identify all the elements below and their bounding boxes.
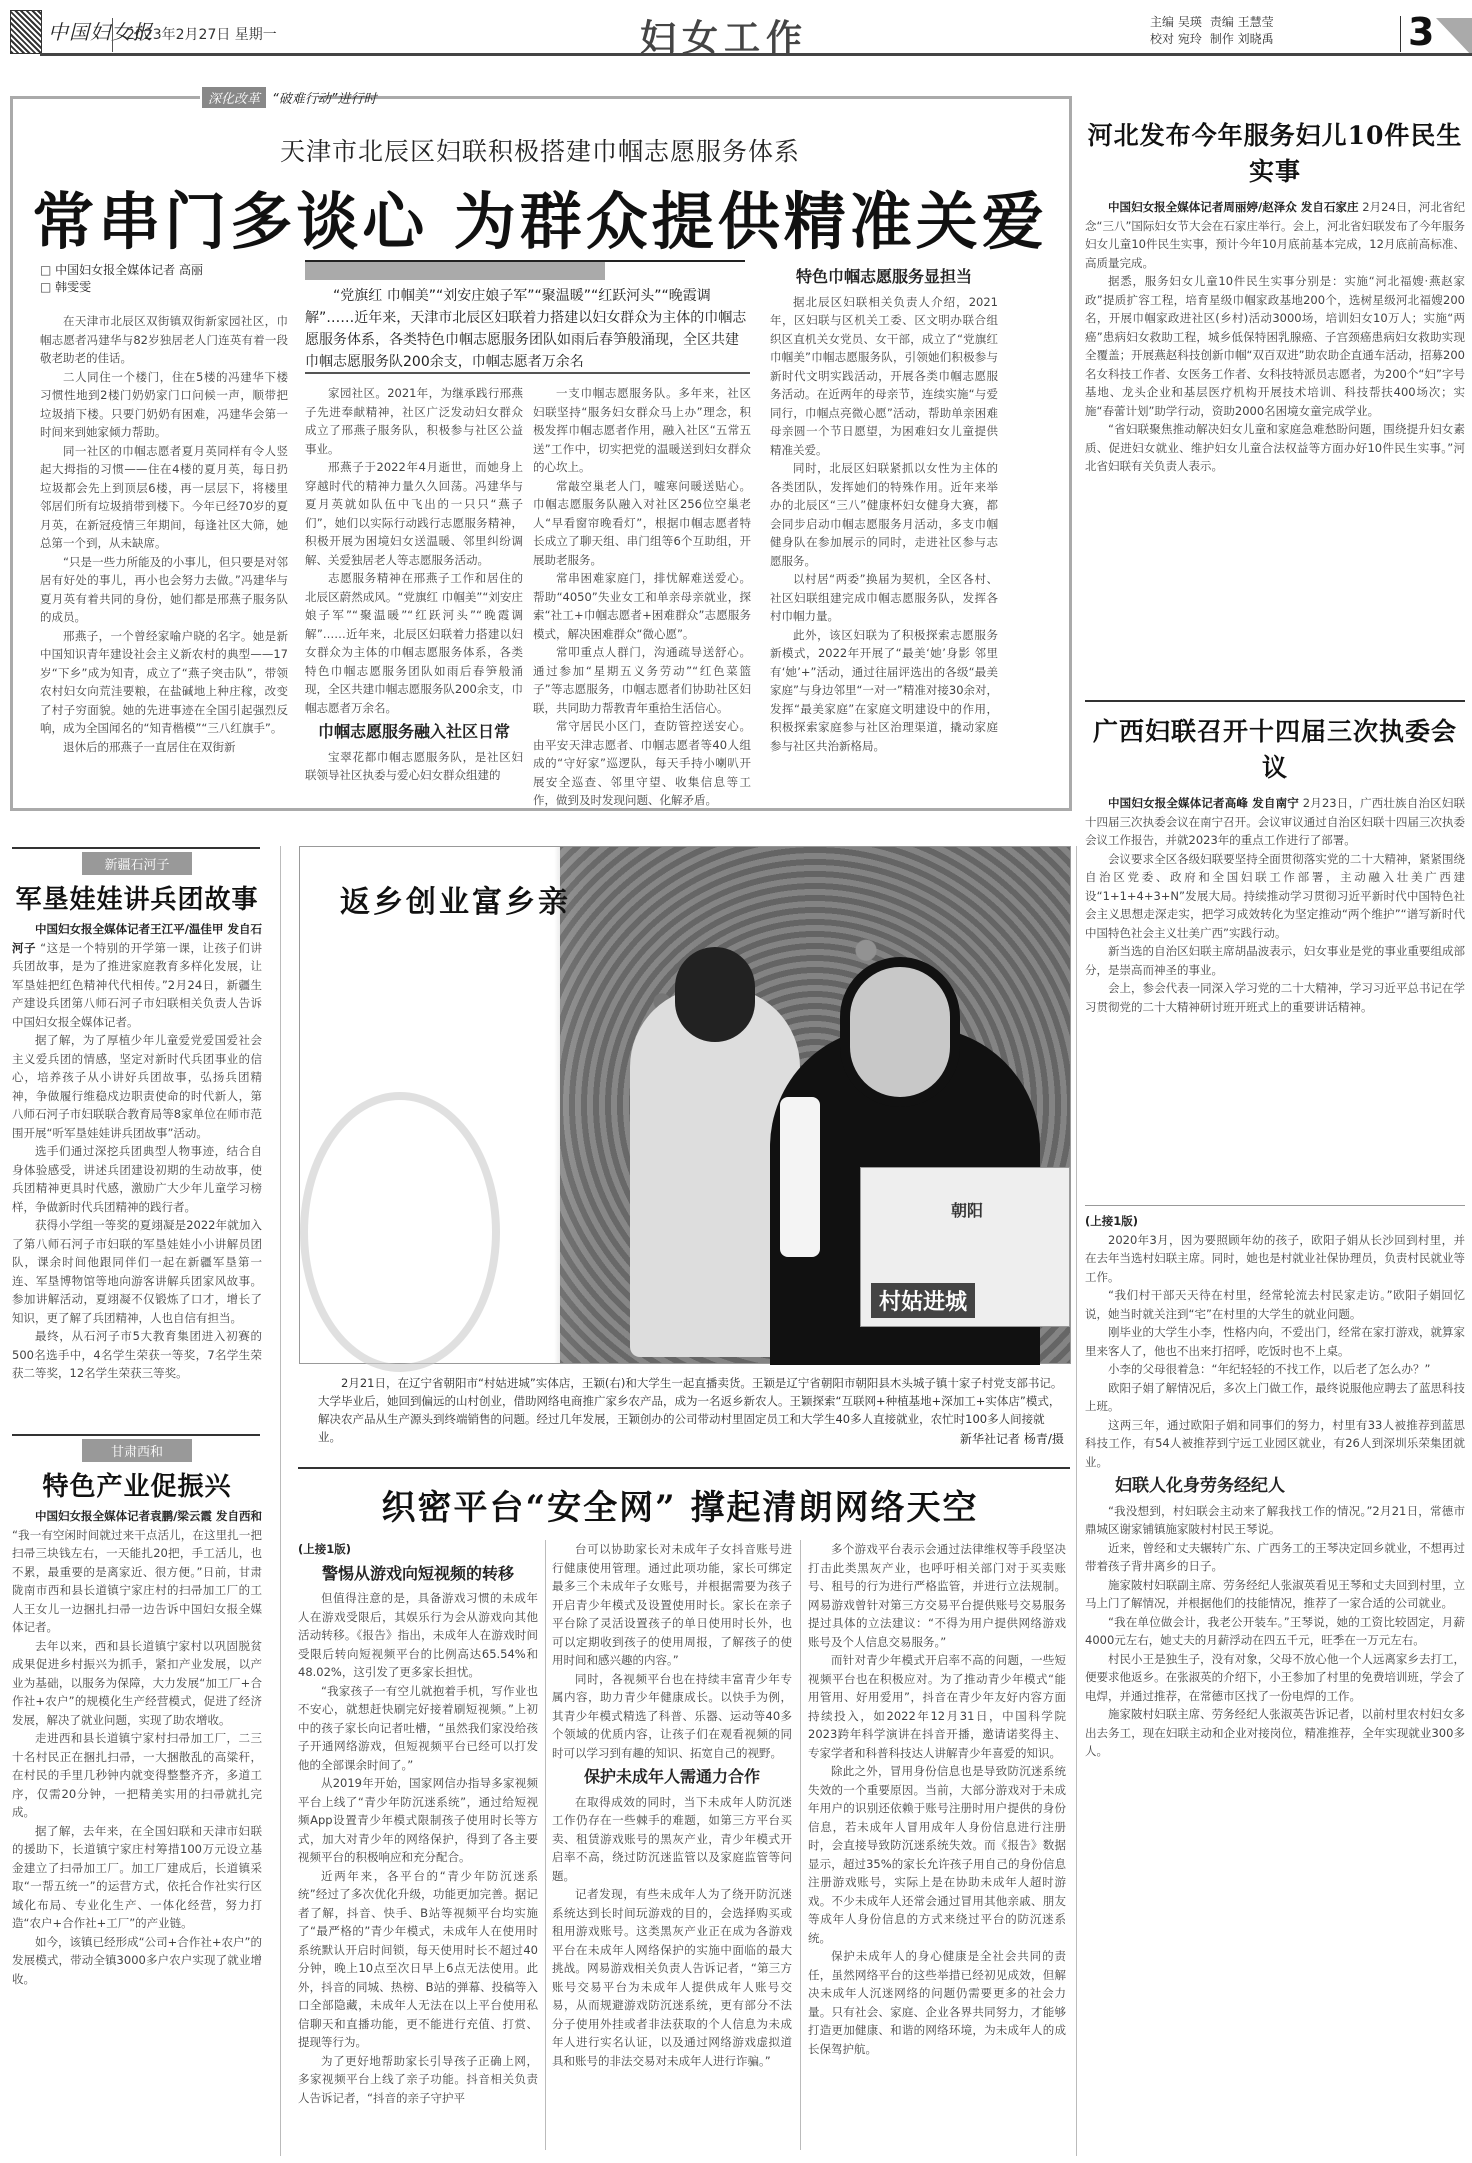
issue-date: 2023年2月27日 星期一: [126, 24, 277, 44]
paragraph: “我们村干部天天待在村里，经常轮流去村民家走访。”欧阳子娟回忆说，她当时就关注到…: [1085, 1286, 1465, 1323]
editor-credit: 校对 宛玲: [1150, 31, 1202, 48]
product-bottle: [780, 1097, 820, 1257]
paragraph: 近来，曾经和丈夫辗转广东、广西务工的王琴决定回乡就业，不想再过带着孩子背井离乡的…: [1085, 1539, 1465, 1576]
paragraph: 家园社区。2021年，为继承践行邢燕子先进奉献精神，社区广泛发动妇女群众成立了邢…: [305, 384, 523, 458]
editor-credit: 主编 吴瑛: [1150, 14, 1202, 31]
story-rule: [12, 847, 260, 849]
paragraph: 一支巾帼志愿服务队。多年来，社区妇联坚持“服务妇女群众马上办”理念，积极发挥巾帼…: [533, 384, 751, 477]
editor-credits: 主编 吴瑛责编 王慧莹 校对 宛玲制作 刘晓禹: [1150, 14, 1282, 48]
paragraph: 为了更好地帮助家长引导孩子正确上网，多家视频平台上线了亲子功能。抖音相关负责人告…: [298, 2052, 538, 2108]
continued-label: (上接1版): [1085, 1212, 1465, 1231]
paragraph: 同时，各视频平台也在持续丰富青少年专属内容，助力青少年健康成长。以快手为例，其青…: [552, 1670, 792, 1763]
paragraph: 会议要求全区各级妇联要坚持全面贯彻落实党的二十大精神，紧紧围绕自治区党委、政府和…: [1085, 850, 1465, 943]
person-left-head: [675, 947, 755, 1042]
xinjiang-story: 新疆石河子 军垦娃娃讲兵团故事 中国妇女报全媒体记者王江平/温佳甲 发自石河子 …: [12, 852, 262, 1383]
column-rule: [800, 1540, 801, 2150]
column-rule: [1076, 846, 1077, 2156]
paragraph: 最终，从石河子市5大教育集团进入初赛的500名选手中，4名学生荣获一等奖，7名学…: [12, 1327, 262, 1383]
paragraph: 这两三年，通过欧阳子娟和同事们的努力，村里有33人被推荐到蓝思科技工作，有54人…: [1085, 1416, 1465, 1472]
paragraph: 常叩重点人群门，沟通疏导送舒心。通过参加“星期五义务劳动”“红色菜篮子”等志愿服…: [533, 643, 751, 717]
qr-code-icon[interactable]: [10, 10, 42, 54]
paragraph: 中国妇女报全媒体记者周丽婷/赵泽众 发自石家庄 2月24日，河北省纪念“三八”国…: [1085, 198, 1465, 272]
shop-sign: 村姑进城: [871, 1283, 975, 1318]
editor-credit: 制作 刘晓禹: [1210, 31, 1274, 48]
paragraph: 此外，该区妇联为了积极探索志愿服务新模式，2022年开展了“最美‘她’身影 邻里…: [770, 626, 998, 756]
network-story-column-2: 台可以协助家长对未成年子女抖音账号进行健康使用管理。通过此项功能，家长可绑定最多…: [552, 1540, 792, 2070]
lead-story-subhead: 天津市北辰区妇联积极搭建巾帼志愿服务体系: [0, 132, 1080, 168]
paragraph: 走进西和县长道镇宁家村扫帚加工厂，二三十名村民正在捆扎扫帚，一大捆散乱的高粱秆，…: [12, 1729, 262, 1822]
lead-story-headline[interactable]: 常串门多谈心 为群众提供精准关爱: [0, 172, 1080, 261]
paragraph: 据北辰区妇联相关负责人介绍，2021年，区妇联与区机关工委、区文明办联合组织区直…: [770, 293, 998, 460]
location-tag: 甘肃西和: [82, 1439, 192, 1462]
lead-story-column-3: 一支巾帼志愿服务队。多年来，社区妇联坚持“服务妇女群众马上办”理念，积极发挥巾帼…: [533, 384, 751, 810]
column-rule: [545, 1540, 546, 2150]
section-subhead: 妇联人化身劳务经纪人: [1085, 1477, 1465, 1496]
section-subhead: 保护未成年人需通力合作: [552, 1768, 792, 1787]
paragraph: 保护未成年人的身心健康是全社会共同的责任，虽然网络平台的这些举措已经初见成效，但…: [808, 1947, 1066, 2058]
masthead-rule: [40, 53, 1472, 56]
paragraph: 在取得成效的同时，当下未成年人防沉迷工作仍存在一些棘手的难题，如第三方平台买卖、…: [552, 1793, 792, 1886]
story-body: 中国妇女报全媒体记者王江平/温佳甲 发自石河子 “这是一个特别的开学第一课，让孩…: [12, 920, 262, 1383]
photo-feature-image[interactable]: 朝阳 村姑进城 返乡创业富乡亲: [299, 846, 1071, 1364]
paragraph: “只是一些力所能及的小事儿，但只要是对邻居有好处的事儿，再小也会努力去做。”冯建…: [40, 553, 288, 627]
paragraph: 中国妇女报全媒体记者高峰 发自南宁 2月23日，广西壮族自治区妇联十四届三次执委…: [1085, 794, 1465, 850]
paragraph: “我没想到，村妇联会主动来了解我找工作的情况。”2月21日，常德市鼎城区谢家铺镇…: [1085, 1502, 1465, 1539]
paragraph: 从2019年开始，国家网信办指导多家视频平台上线了“青少年防沉迷系统”，通过给短…: [298, 1774, 538, 1867]
paragraph: 除此之外，冒用身份信息也是导致防沉迷系统失效的一个重要原因。当前，大部分游戏对于…: [808, 1762, 1066, 1947]
lead-rule: [305, 260, 745, 262]
lead-decoration-bar: [305, 262, 605, 280]
editor-credit: 责编 王慧莹: [1210, 14, 1274, 31]
story-kicker: 深化改革 “破难行动”进行时: [202, 86, 377, 108]
kicker-tag: 深化改革: [202, 87, 266, 108]
story-headline[interactable]: 河北发布今年服务妇儿10件民生实事: [1085, 116, 1465, 188]
paragraph-text: “这是一个特别的开学第一课，让孩子们讲兵团故事，是为了推进家庭教育多样化发展，让…: [12, 941, 262, 1029]
paragraph: 台可以协助家长对未成年子女抖音账号进行健康使用管理。通过此项功能，家长可绑定最多…: [552, 1540, 792, 1670]
paragraph: 宝翠花都巾帼志愿服务队，是社区妇联领导社区执委与爱心妇女群众组建的: [305, 748, 523, 785]
paragraph: 记者发现，有些未成年人为了绕开防沉迷系统达到长时间玩游戏的目的，会选择购买或租用…: [552, 1885, 792, 2070]
story-body: 中国妇女报全媒体记者袁鹏/梁云霞 发自西和 “我一有空闲时间就过来干点活儿，在这…: [12, 1507, 262, 1988]
paragraph: 村民小王是独生子，没有对象，父母不放心他一个人远离家乡去打工，便要求他返乡。在张…: [1085, 1650, 1465, 1706]
page-number: 3: [1408, 10, 1434, 54]
divider: [1400, 16, 1401, 52]
paragraph: 去年以来，西和县长道镇宁家村以巩固脱贫成果促进乡村振兴为抓手，紧扣产业发展，以产…: [12, 1637, 262, 1730]
box-label: 朝阳: [951, 1198, 983, 1221]
paragraph: 退休后的邢燕子一直居住在双街新: [40, 738, 288, 757]
story-rule: [1085, 1205, 1465, 1206]
paragraph: 邢燕子于2022年4月逝世，而她身上穿越时代的精神力量久久回荡。冯建华与夏月英就…: [305, 458, 523, 569]
paragraph: 如今，该镇已经形成“公司+合作社+农户”的发展模式，带动全镇3000多户农户实现…: [12, 1933, 262, 1989]
paragraph: 近两年来，各平台的“青少年防沉迷系统”经过了多次优化升级，功能更加完善。据记者了…: [298, 1867, 538, 2052]
frame-top-right: [318, 96, 1072, 99]
gansu-story: 甘肃西和 特色产业促振兴 中国妇女报全媒体记者袁鹏/梁云霞 发自西和 “我一有空…: [12, 1439, 262, 1988]
paragraph: “省妇联聚焦推动解决妇女儿童和家庭急难愁盼问题，围绕提升妇女素质、促进妇女就业、…: [1085, 420, 1465, 476]
guangxi-story: 广西妇联召开十四届三次执委会议 中国妇女报全媒体记者高峰 发自南宁 2月23日，…: [1085, 712, 1465, 1016]
paragraph: 施家陂村妇联主席、劳务经纪人张淑英告诉记者，以前村里农村妇女多出去务工，现在妇联…: [1085, 1705, 1465, 1761]
paragraph: 同时，北辰区妇联紧抓以女性为主体的各类团队，发挥她们的特殊作用。近年来举办的北辰…: [770, 459, 998, 570]
paragraph: 会上，参会代表一同深入学习党的二十大精神，学习习近平总书记在学习贯彻党的二十大精…: [1085, 979, 1465, 1016]
lead-story-column-2: 家园社区。2021年，为继承践行邢燕子先进奉献精神，社区广泛发动妇女群众成立了邢…: [305, 384, 523, 785]
product-box: 朝阳 村姑进城: [860, 1167, 1070, 1327]
paragraph: 以村居“两委”换届为契机，全区各村、社区妇联组建完成巾帼志愿服务队，发挥各村巾帼…: [770, 570, 998, 626]
paragraph: “我家孩子一有空儿就抱着手机，写作业也不安心，就想赶快刷完好接着刷短视频。”上初…: [298, 1682, 538, 1775]
paragraph: 常敲空巢老人门，嘘寒问暖送贴心。巾帼志愿服务队融入对社区256位空巢老人“早看窗…: [533, 477, 751, 570]
paragraph: 在天津市北辰区双街镇双街新家园社区，巾帼志愿者冯建华与82岁独居老人门连英有着一…: [40, 312, 288, 368]
paragraph: 据悉，服务妇女儿童10件民生实事分别是：实施“河北福嫂·燕赵家政”提质扩容工程，…: [1085, 272, 1465, 420]
continued-story: (上接1版) 2020年3月，因为要照顾年幼的孩子，欧阳子娟从长沙回到村里，并在…: [1085, 1212, 1465, 1761]
story-headline[interactable]: 军垦娃娃讲兵团故事: [12, 879, 262, 916]
paragraph: 多个游戏平台表示会通过法律维权等手段坚决打击此类黑灰产业，也呼吁相关部门对于买卖…: [808, 1540, 1066, 1651]
kicker-text: “破难行动”进行时: [272, 88, 376, 107]
lead-story-column-4: 特色巾帼志愿服务显担当 据北辰区妇联相关负责人介绍，2021年，区妇联与区机关工…: [770, 262, 998, 755]
lead-story-byline: 中国妇女报全媒体记者 高丽 韩雯雯: [40, 262, 203, 296]
paragraph: 获得小学组一等奖的夏翊凝是2022年就加入了第八师石河子市妇联的军垦娃娃小小讲解…: [12, 1216, 262, 1327]
paragraph: 施家陂村妇联副主席、劳务经纪人张淑英看见王琴和丈夫回到村里，立马上门了解情况，并…: [1085, 1576, 1465, 1613]
network-story-column-3: 多个游戏平台表示会通过法律维权等手段坚决打击此类黑灰产业，也呼吁相关部门对于买卖…: [808, 1540, 1066, 2058]
paragraph: 欧阳子娟了解情况后，多次上门做工作，最终说服他应聘去了蓝思科技上班。: [1085, 1379, 1465, 1416]
hebei-story: 河北发布今年服务妇儿10件民生实事 中国妇女报全媒体记者周丽婷/赵泽众 发自石家…: [1085, 116, 1465, 476]
paragraph: “我在单位做会计，我老公开装车。”王琴说，她的工资比较固定，月薪4000元左右，…: [1085, 1613, 1465, 1650]
location-tag: 新疆石河子: [82, 852, 192, 875]
paragraph: 小李的父母很着急：“年纪轻轻的不找工作，以后老了怎么办？”: [1085, 1360, 1465, 1379]
dateline: 中国妇女报全媒体记者袁鹏/梁云霞 发自西和: [35, 1509, 262, 1523]
paragraph: 中国妇女报全媒体记者袁鹏/梁云霞 发自西和 “我一有空闲时间就过来干点活儿，在这…: [12, 1507, 262, 1637]
paragraph: 志愿服务精神在邢燕子工作和居住的北辰区蔚然成风。“党旗红 巾帼美”“刘安庄娘子军…: [305, 569, 523, 717]
story-headline[interactable]: 特色产业促振兴: [12, 1466, 262, 1503]
divider: [112, 18, 113, 52]
paragraph: 常守居民小区门，查防管控送安心。由平安天津志愿者、巾帼志愿者等40人组成的“守好…: [533, 717, 751, 810]
page-corner-decoration: [1436, 18, 1472, 56]
byline-reporter: 中国妇女报全媒体记者 高丽: [40, 262, 203, 279]
story-rule: [298, 1467, 1070, 1469]
photo-credit: 新华社记者 杨青/摄: [960, 1430, 1064, 1447]
byline-reporter: 韩雯雯: [40, 279, 203, 296]
frame-top-left: [10, 96, 200, 99]
paragraph: 邢燕子，一个曾经家喻户晓的名字。她是新中国知识青年建设社会主义新农村的典型——1…: [40, 627, 288, 738]
paragraph: 2020年3月，因为要照顾年幼的孩子，欧阳子娟从长沙回到村里，并在去年当选村妇联…: [1085, 1231, 1465, 1287]
section-subhead: 特色巾帼志愿服务显担当: [770, 268, 998, 287]
continued-label: (上接1版): [298, 1540, 538, 1559]
paragraph: 选手们通过深挖兵团典型人物事迹，结合自身体验感受，讲述兵团建设初期的生动故事，使…: [12, 1142, 262, 1216]
paragraph-text: “我一有空闲时间就过来干点活儿，在这里扎一把扫帚三块钱左右，一天能扎20把，手工…: [12, 1528, 262, 1635]
lead-story-column-1: 在天津市北辰区双街镇双街新家园社区，巾帼志愿者冯建华与82岁独居老人门连英有着一…: [40, 312, 288, 756]
story-body: 中国妇女报全媒体记者周丽婷/赵泽众 发自石家庄 2月24日，河北省纪念“三八”国…: [1085, 198, 1465, 476]
paragraph: 据了解，去年来，在全国妇联和天津市妇联的援助下，长道镇宁家庄村筹措100万元设立…: [12, 1822, 262, 1933]
dateline: 中国妇女报全媒体记者周丽婷/赵泽众 发自石家庄: [1108, 200, 1359, 214]
paragraph: 二人同住一个楼门，住在5楼的冯建华下楼习惯性地到2楼门奶奶家门口问候一声，顺带把…: [40, 368, 288, 442]
paragraph: 新当选的自治区妇联主席胡晶波表示，妇女事业是党的事业重要组成部分，是崇高而神圣的…: [1085, 942, 1465, 979]
section-subhead: 警惕从游戏向短视频的转移: [298, 1565, 538, 1584]
paragraph: 同一社区的巾帼志愿者夏月英同样有令人竖起大拇指的习惯——住在4楼的夏月英，每日扔…: [40, 442, 288, 553]
story-body: 中国妇女报全媒体记者高峰 发自南宁 2月23日，广西壮族自治区妇联十四届三次执委…: [1085, 794, 1465, 1016]
lead-rule: [305, 372, 750, 374]
paragraph: 刚毕业的大学生小李，性格内向，不爱出门，经常在家打游戏，就算家里来客人了，他也不…: [1085, 1323, 1465, 1360]
lead-paragraph: “党旗红 巾帼美”“刘安庄娘子军”“聚温暖”“红跃河头”“晚霞调解”……近年来，…: [305, 285, 750, 373]
masthead: 中国妇女报 2023年2月27日 星期一 妇女工作 主编 吴瑛责编 王慧莹 校对…: [0, 0, 1472, 56]
paragraph: 而针对青少年模式开启率不高的问题，一些短视频平台也在积极应对。为了推动青少年模式…: [808, 1651, 1066, 1762]
ring-light: [300, 1092, 500, 1372]
story-headline[interactable]: 织密平台“安全网” 撑起清朗网络天空: [290, 1480, 1070, 1529]
story-rule: [12, 1434, 260, 1436]
paragraph: 常串困难家庭门，排忧解难送爱心。帮助“4050”失业女工和单亲母亲就业，探索“社…: [533, 569, 751, 643]
story-rule: [1085, 700, 1465, 702]
dateline: 中国妇女报全媒体记者高峰 发自南宁: [1108, 796, 1299, 810]
section-subhead: 巾帼志愿服务融入社区日常: [305, 723, 523, 742]
person-right-head: [840, 957, 960, 1107]
paragraph: 但值得注意的是，具备游戏习惯的未成年人在游戏受限后，其娱乐行为会从游戏向其他活动…: [298, 1589, 538, 1682]
photo-feature-title: 返乡创业富乡亲: [340, 877, 571, 921]
network-story-column-1: (上接1版) 警惕从游戏向短视频的转移 但值得注意的是，具备游戏习惯的未成年人在…: [298, 1540, 538, 2107]
photo-caption: 2月21日，在辽宁省朝阳市“村姑进城”实体店，王颖(右)和大学生一起直播卖货。王…: [318, 1374, 1064, 1446]
story-headline[interactable]: 广西妇联召开十四届三次执委会议: [1085, 712, 1465, 784]
paragraph: 中国妇女报全媒体记者王江平/温佳甲 发自石河子 “这是一个特别的开学第一课，让孩…: [12, 920, 262, 1031]
paragraph: 据了解，为了厚植少年儿童爱党爱国爱社会主义爱兵团的情感，坚定对新时代兵团事业的信…: [12, 1031, 262, 1142]
column-rule: [280, 846, 281, 2156]
